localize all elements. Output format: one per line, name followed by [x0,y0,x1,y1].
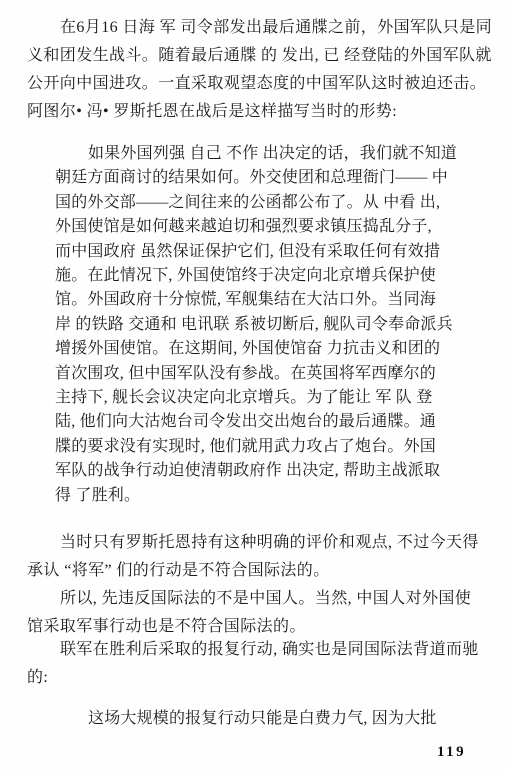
text-line: 所以, 先违反国际法的不是中国人。当然, 中国人对外国使 [27,585,485,613]
text-line: 主持下, 舰长会议决定向北京增兵。为了能让 军 队 登 [55,386,459,410]
quote-block-2: 这场大规模的报复行动只能是白费力气, 因为大批 [55,707,459,731]
text-line: 施。在此情况下, 外国使馆终于决定向北京增兵保护使 [55,264,459,288]
text-line: 牒的要求没有实现时, 他们就用武力攻占了炮台。外国 [55,435,459,459]
text-line: 增援外国使馆。在这期间, 外国使馆奋 力抗击义和团的 [55,337,459,361]
text-line: 外国使馆是如何越来越迫切和强烈要求镇压捣乱分子, [55,215,459,239]
text-line: 如果外国列强 自己 不作 出决定的话，我们就不知道 [55,142,459,166]
text-line: 阿图尔• 冯• 罗斯托恩在战后是这样描写当时的形势: [27,98,485,126]
quote-block-1: 如果外国列强 自己 不作 出决定的话，我们就不知道 朝廷方面商讨的结果如何。外交… [55,142,459,508]
text-line: 当时只有罗斯托恩持有这种明确的评价和观点, 不过今天得 [27,529,485,557]
text-line: 国的外交部——之间往来的公函都公布了。从 中看 出, [55,191,459,215]
paragraph-4: 联军在胜利后采取的报复行动, 确实也是同国际法背道而驰 的: [27,636,485,692]
text-line: 首次围攻, 但中国军队没有参战。在英国将军西摩尔的 [55,362,459,386]
text-line: 的: [27,664,485,692]
text-line: 馆。外国政府十分惊慌, 军舰集结在大沽口外。当同海 [55,288,459,312]
text-line: 陆, 他们向大沽炮台司令发出交出炮台的最后通牒。通 [55,410,459,434]
page-number: 119 [437,744,466,761]
text-line: 承认 “将军” 们的行动是不符合国际法的。 [27,557,485,585]
text-line: 朝廷方面商讨的结果如何。外交使团和总理衙门—— 中 [55,166,459,190]
book-page: 在6月16 日海 军 司令部发出最后通牒之前，外国军队只是同 义和团发生战斗。随… [0,0,508,772]
text-line: 在6月16 日海 军 司令部发出最后通牒之前，外国军队只是同 [27,14,485,42]
text-line: 义和团发生战斗。随着最后通牒 的 发出, 已 经登陆的外国军队就 [27,42,485,70]
paragraph-3: 所以, 先违反国际法的不是中国人。当然, 中国人对外国使 馆采取军事行动也是不符… [27,585,485,641]
paragraph-1: 在6月16 日海 军 司令部发出最后通牒之前，外国军队只是同 义和团发生战斗。随… [27,14,485,126]
text-line: 得 了胜利。 [55,484,459,508]
paragraph-2: 当时只有罗斯托恩持有这种明确的评价和观点, 不过今天得 承认 “将军” 们的行动… [27,529,485,585]
text-line: 军队的战争行动迫使清朝政府作 出决定, 帮助主战派取 [55,459,459,483]
text-line: 联军在胜利后采取的报复行动, 确实也是同国际法背道而驰 [27,636,485,664]
text-line: 岸 的铁路 交通和 电讯联 系被切断后, 舰队司令奉命派兵 [55,313,459,337]
text-line: 而中国政府 虽然保证保护它们, 但没有采取任何有效措 [55,240,459,264]
text-line: 公开向中国进攻。一直采取观望态度的中国军队这时被迫还击。 [27,70,485,98]
text-line: 这场大规模的报复行动只能是白费力气, 因为大批 [55,707,459,731]
